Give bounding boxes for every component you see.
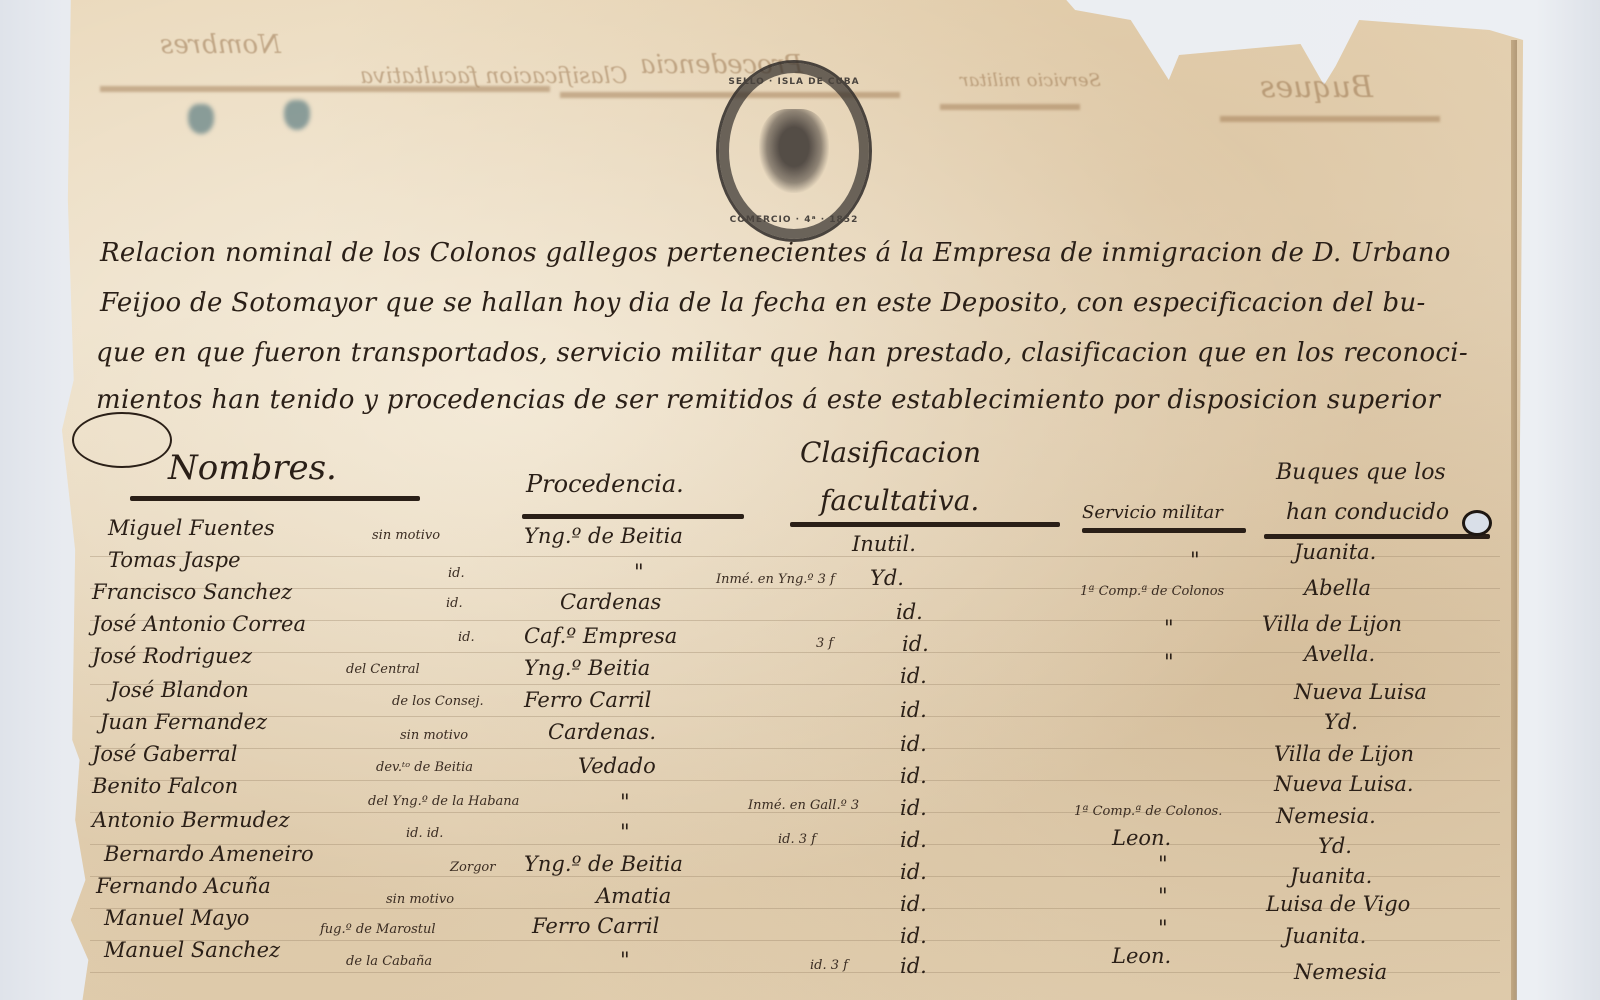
- header-buques-1: Buques que los: [1276, 460, 1446, 485]
- row-procedencia: ": [620, 820, 630, 844]
- row-buque: Villa de Lijon: [1274, 742, 1414, 766]
- row-buque: Juanita.: [1284, 924, 1366, 948]
- intro-line-3: que en que fueron transportados, servici…: [96, 338, 1468, 368]
- header-facultativa: facultativa.: [820, 484, 979, 517]
- intro-line-4: mientos han tenido y procedencias de ser…: [96, 385, 1440, 415]
- ink-stain: [188, 104, 214, 134]
- row-nota: sin motivo: [400, 728, 468, 743]
- row-clasificacion: id.: [900, 828, 927, 852]
- row-procedencia: Yng.º de Beitia: [524, 524, 683, 548]
- header-rule: [1264, 534, 1490, 539]
- row-servicio: 1ª Comp.ª de Colonos: [1080, 584, 1224, 599]
- row-clasificacion: id.: [902, 632, 929, 656]
- bleed-rule: [940, 104, 1080, 110]
- row-nota: id.: [448, 566, 465, 581]
- bleed-text: Nombres: [160, 30, 281, 60]
- row-buque: Juanita.: [1294, 540, 1376, 564]
- row-observacion: id. 3 f: [778, 832, 816, 847]
- row-procedencia: ": [620, 948, 630, 972]
- official-seal-stamp: SELLO · ISLA DE CUBA COMERCIO · 4ᵃ · 185…: [716, 60, 872, 242]
- row-nombre: Manuel Mayo: [104, 906, 249, 930]
- row-clasificacion: id.: [900, 860, 927, 884]
- row-nombre: José Rodriguez: [92, 644, 252, 668]
- row-servicio: Leon.: [1112, 944, 1171, 968]
- row-servicio: ": [1158, 916, 1168, 940]
- row-procedencia: ": [634, 560, 644, 584]
- row-clasificacion: id.: [900, 698, 927, 722]
- row-procedencia: Cardenas: [560, 590, 661, 614]
- row-buque: Luisa de Vigo: [1266, 892, 1410, 916]
- row-procedencia: Cardenas.: [548, 720, 656, 744]
- row-clasificacion: id.: [900, 892, 927, 916]
- row-nota: de la Cabaña: [346, 954, 432, 969]
- row-procedencia: ": [620, 790, 630, 814]
- row-nombre: José Gaberral: [92, 742, 237, 766]
- header-rule: [522, 514, 744, 519]
- header-buques-2: han conducido: [1286, 500, 1449, 525]
- row-buque: Juanita.: [1290, 864, 1372, 888]
- row-nota: del Yng.º de la Habana: [368, 794, 519, 809]
- intro-line-1: Relacion nominal de los Colonos gallegos…: [100, 238, 1451, 268]
- row-nombre: José Antonio Correa: [92, 612, 306, 636]
- header-rule: [790, 522, 1060, 527]
- row-clasificacion: id.: [900, 664, 927, 688]
- row-procedencia: Ferro Carril: [524, 688, 651, 712]
- row-procedencia: Ferro Carril: [532, 914, 659, 938]
- row-nota: sin motivo: [372, 528, 440, 543]
- bleed-text: Clasificacion facultativa: [360, 64, 627, 89]
- row-buque: Nueva Luisa: [1294, 680, 1427, 704]
- row-nota: id.: [446, 596, 463, 611]
- page-edge: [1511, 40, 1517, 1000]
- row-servicio: Leon.: [1112, 826, 1171, 850]
- row-observacion: id. 3 f: [810, 958, 848, 973]
- row-clasificacion: id.: [900, 796, 927, 820]
- row-nota: fug.º de Marostul: [320, 922, 436, 937]
- row-procedencia: Vedado: [578, 754, 656, 778]
- row-buque: Nueva Luisa.: [1274, 772, 1414, 796]
- row-clasificacion: id.: [900, 954, 927, 978]
- row-buque: Avella.: [1304, 642, 1375, 666]
- row-nota: Zorgor: [450, 860, 495, 875]
- row-nombre: Fernando Acuña: [96, 874, 271, 898]
- row-nombre: Juan Fernandez: [100, 710, 267, 734]
- row-servicio: ": [1158, 884, 1168, 908]
- header-procedencia: Procedencia.: [526, 470, 684, 498]
- row-nombre: Francisco Sanchez: [92, 580, 292, 604]
- header-servicio-militar: Servicio militar: [1082, 502, 1223, 523]
- ink-stain: [284, 100, 310, 130]
- header-clasificacion: Clasificacion: [800, 436, 981, 469]
- row-buque: Nemesia: [1294, 960, 1387, 984]
- row-nombre: Benito Falcon: [92, 774, 238, 798]
- row-procedencia: Yng.º de Beitia: [524, 852, 683, 876]
- row-nota: id. id.: [406, 826, 443, 841]
- row-nombre: José Blandon: [110, 678, 249, 702]
- row-nombre: Manuel Sanchez: [104, 938, 280, 962]
- bleed-rule: [1220, 116, 1440, 122]
- row-nota: del Central: [346, 662, 420, 677]
- row-nombre: Miguel Fuentes: [108, 516, 275, 540]
- row-servicio: ": [1164, 616, 1174, 640]
- bleed-text: Buques: [1260, 70, 1373, 105]
- row-buque: Nemesia.: [1276, 804, 1376, 828]
- row-servicio: ": [1164, 650, 1174, 674]
- stamp-top-text: SELLO · ISLA DE CUBA: [719, 77, 869, 87]
- row-nombre: Tomas Jaspe: [108, 548, 241, 572]
- row-servicio: ": [1190, 548, 1200, 572]
- row-servicio: ": [1158, 852, 1168, 876]
- header-nombres: Nombres.: [168, 448, 337, 488]
- row-buque: Abella: [1304, 576, 1371, 600]
- row-clasificacion: Inutil.: [852, 532, 916, 556]
- row-clasificacion: id.: [900, 924, 927, 948]
- row-nota: de los Consej.: [392, 694, 484, 709]
- row-buque: Villa de Lijon: [1262, 612, 1402, 636]
- row-clasificacion: id.: [900, 732, 927, 756]
- row-procedencia: Yng.º Beitia: [524, 656, 650, 680]
- row-nombre: Bernardo Ameneiro: [104, 842, 314, 866]
- header-rule: [1082, 528, 1246, 533]
- row-nota: sin motivo: [386, 892, 454, 907]
- row-servicio: 1ª Comp.ª de Colonos.: [1074, 804, 1222, 819]
- stamp-bottom-text: COMERCIO · 4ᵃ · 1852: [719, 215, 869, 225]
- row-buque: Yd.: [1324, 710, 1358, 734]
- row-nota: id.: [458, 630, 475, 645]
- header-rule: [130, 496, 420, 501]
- row-procedencia: Amatia: [596, 884, 671, 908]
- row-observacion: Inmé. en Yng.º 3 f: [716, 572, 835, 587]
- row-observacion: Inmé. en Gall.º 3: [748, 798, 859, 813]
- coat-of-arms-icon: [759, 109, 829, 193]
- row-nombre: Antonio Bermudez: [92, 808, 290, 832]
- row-clasificacion: id.: [896, 600, 923, 624]
- paper-hole: [1462, 510, 1492, 536]
- row-clasificacion: Yd.: [870, 566, 904, 590]
- intro-line-2: Feijoo de Sotomayor que se hallan hoy di…: [100, 288, 1426, 318]
- flourish-mark: [72, 412, 172, 468]
- row-nota: dev.ᵗᵒ de Beitia: [376, 760, 473, 775]
- bleed-text: Servicio militar: [960, 70, 1101, 91]
- row-clasificacion: id.: [900, 764, 927, 788]
- row-buque: Yd.: [1318, 834, 1352, 858]
- row-observacion: 3 f: [816, 636, 833, 651]
- row-procedencia: Caf.º Empresa: [524, 624, 677, 648]
